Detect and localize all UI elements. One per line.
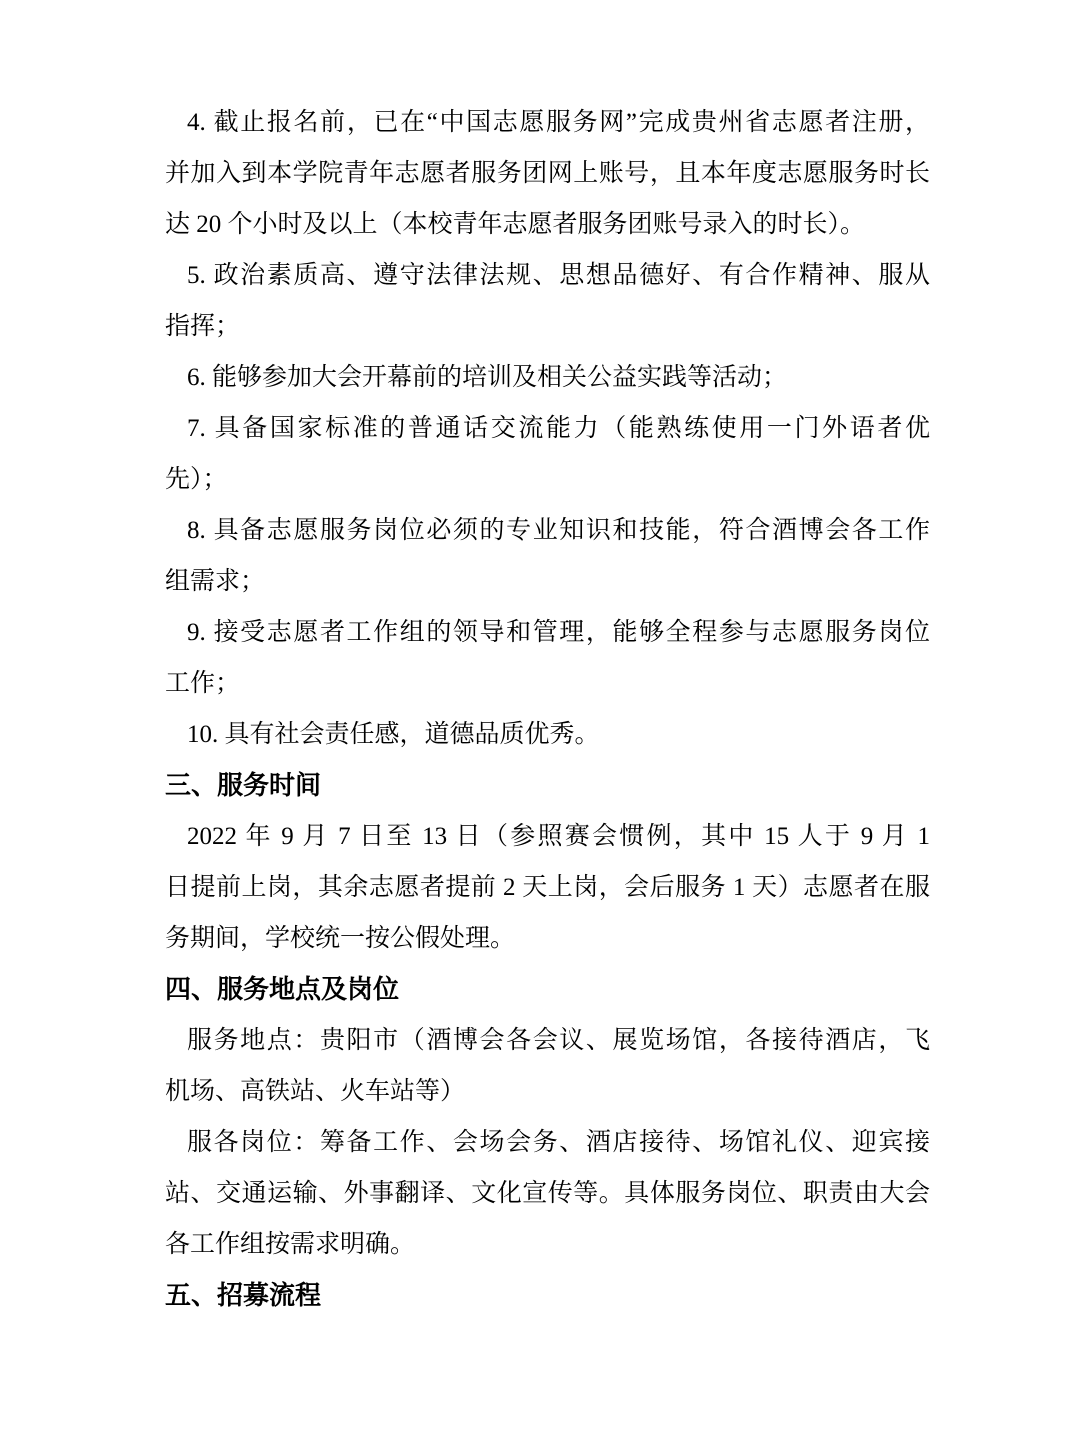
body-line: 日提前上岗，其余志愿者提前 2 天上岗，会后服务 1 天）志愿者在服 (165, 862, 930, 913)
body-line: 6. 能够参加大会开幕前的培训及相关公益实践等活动； (165, 352, 930, 403)
body-line: 并加入到本学院青年志愿者服务团网上账号，且本年度志愿服务时长 (165, 148, 930, 199)
body-line: 5. 政治素质高、遵守法律法规、思想品德好、有合作精神、服从 (165, 250, 930, 301)
body-line: 8. 具备志愿服务岗位必须的专业知识和技能，符合酒博会各工作 (165, 505, 930, 556)
heading-service-time: 三、服务时间 (165, 760, 930, 811)
body-line: 工作； (165, 658, 930, 709)
body-line: 达 20 个小时及以上（本校青年志愿者服务团账号录入的时长）。 (165, 199, 930, 250)
heading-service-location-positions: 四、服务地点及岗位 (165, 964, 930, 1015)
body-line: 机场、高铁站、火车站等） (165, 1066, 930, 1117)
document-page: 4. 截止报名前，已在“中国志愿服务网”完成贵州省志愿者注册， 并加入到本学院青… (0, 0, 1080, 1455)
body-line: 先）； (165, 454, 930, 505)
body-line: 2022 年 9 月 7 日至 13 日（参照赛会惯例，其中 15 人于 9 月… (165, 811, 930, 862)
body-line: 7. 具备国家标准的普通话交流能力（能熟练使用一门外语者优 (165, 403, 930, 454)
body-line: 站、交通运输、外事翻译、文化宣传等。具体服务岗位、职责由大会 (165, 1168, 930, 1219)
body-line: 各工作组按需求明确。 (165, 1219, 930, 1270)
body-line: 务期间，学校统一按公假处理。 (165, 913, 930, 964)
body-line: 服各岗位：筹备工作、会场会务、酒店接待、场馆礼仪、迎宾接 (165, 1117, 930, 1168)
body-line: 9. 接受志愿者工作组的领导和管理，能够全程参与志愿服务岗位 (165, 607, 930, 658)
body-line: 服务地点：贵阳市（酒博会各会议、展览场馆，各接待酒店，飞 (165, 1015, 930, 1066)
body-line: 组需求； (165, 556, 930, 607)
heading-recruitment-process: 五、招募流程 (165, 1270, 930, 1321)
body-line: 10. 具有社会责任感，道德品质优秀。 (165, 709, 930, 760)
body-line: 4. 截止报名前，已在“中国志愿服务网”完成贵州省志愿者注册， (165, 97, 930, 148)
body-line: 指挥； (165, 301, 930, 352)
